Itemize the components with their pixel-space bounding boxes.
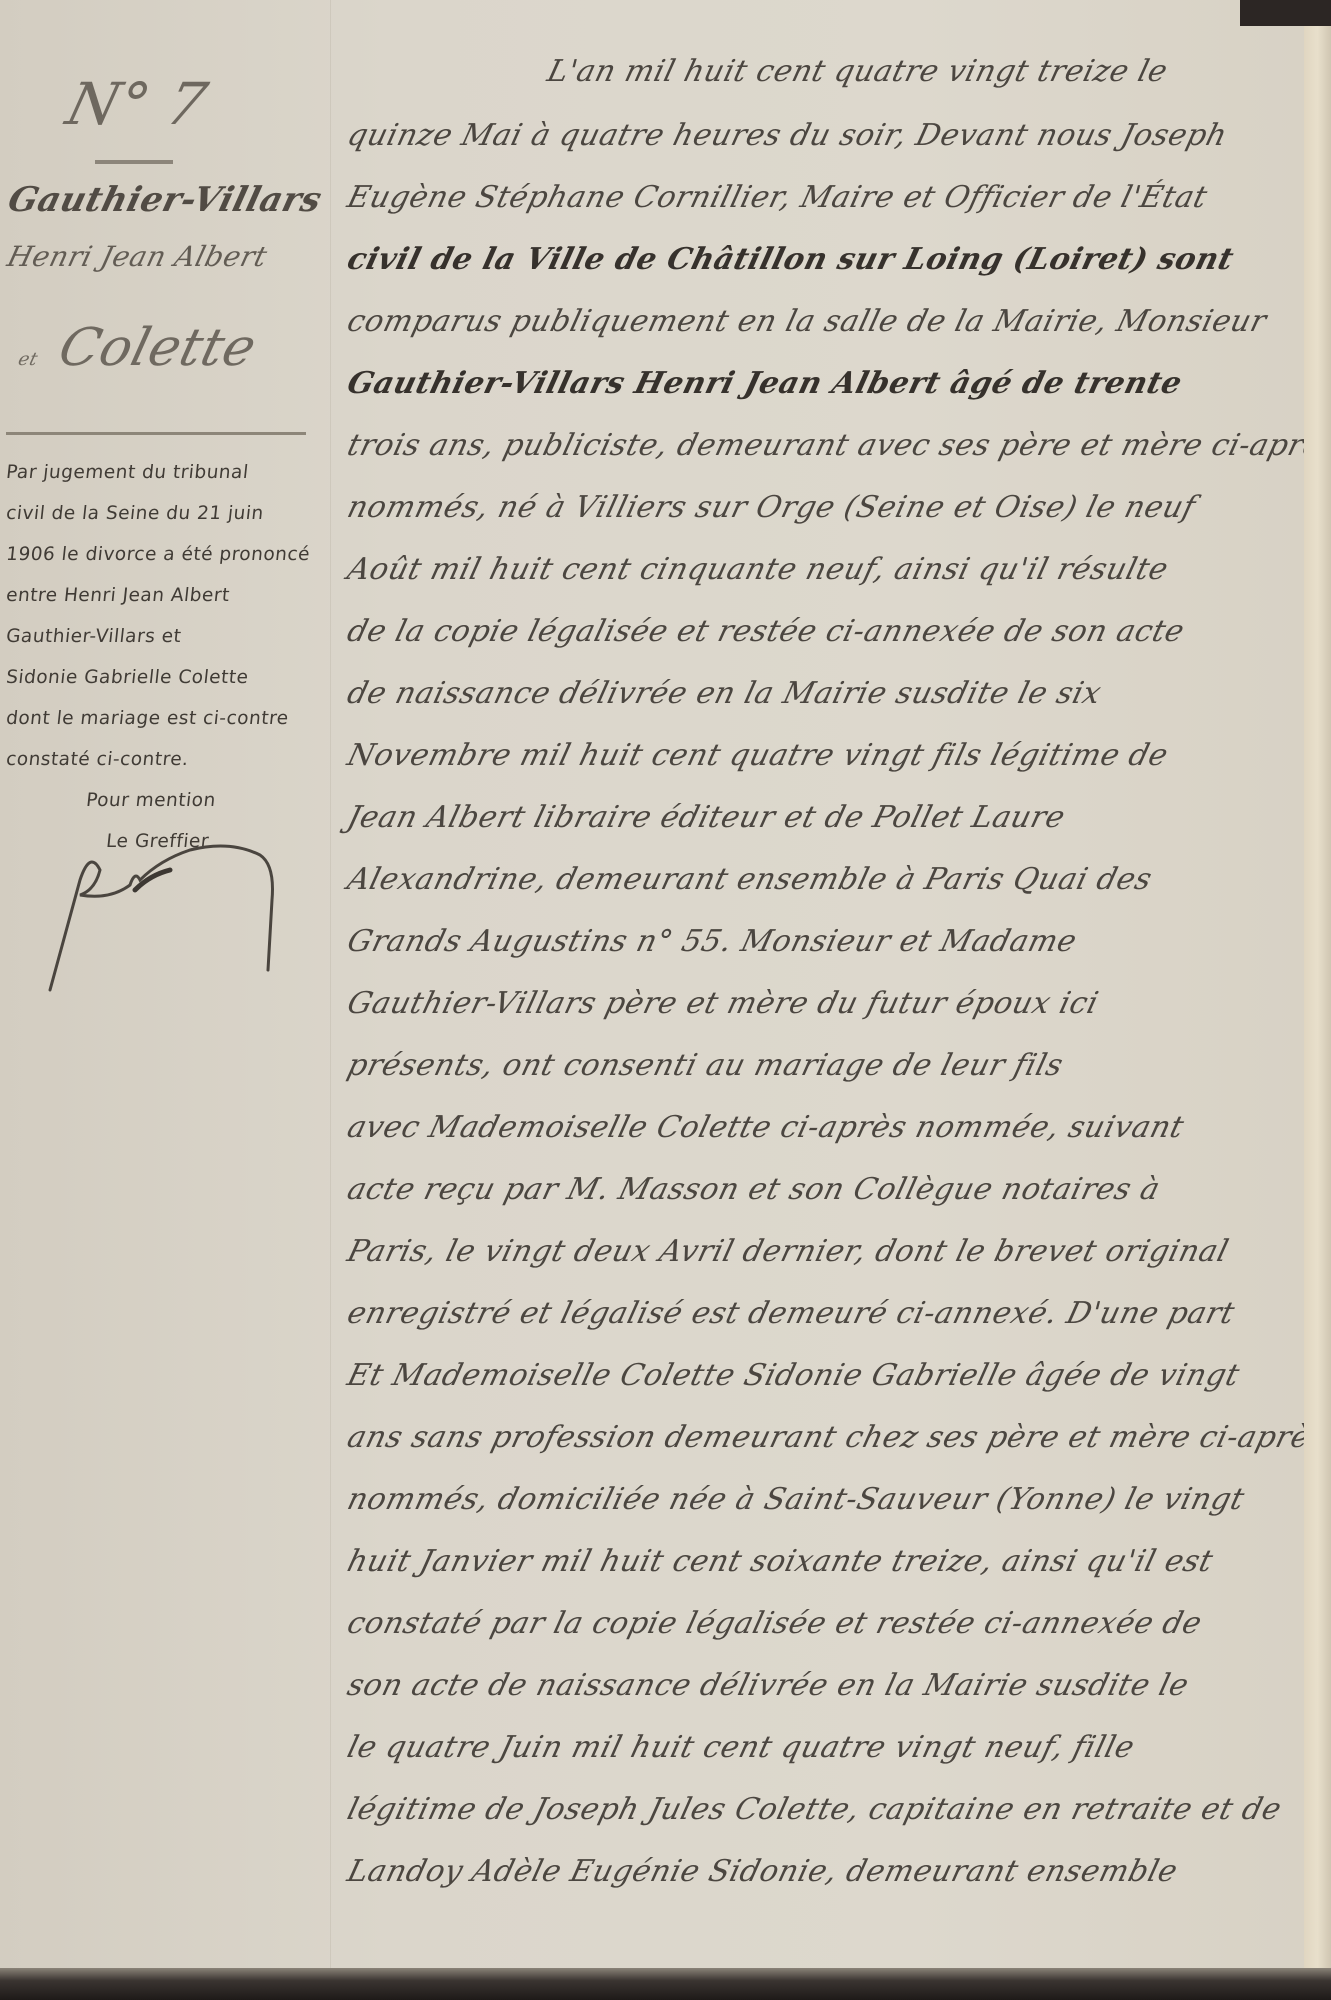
- record-line: légitime de Joseph Jules Colette, capita…: [340, 1778, 1289, 1842]
- record-line: nommés, domiciliée née à Saint-Sauveur (…: [340, 1468, 1252, 1532]
- annotation-line: Gauthier-Villars et: [4, 616, 338, 657]
- margin-rule: [6, 432, 306, 435]
- record-line: Gauthier-Villars Henri Jean Albert âgé d…: [340, 352, 1189, 416]
- record-line: présents, ont consenti au mariage de leu…: [340, 1034, 1070, 1098]
- record-line: comparus publiquement en la salle de la …: [340, 290, 1274, 354]
- act-number-underline: [95, 160, 173, 164]
- record-line: de la copie légalisée et restée ci-annex…: [340, 600, 1192, 664]
- annotation-line: Par jugement du tribunal: [4, 452, 338, 493]
- record-line: de naissance délivrée en la Mairie susdi…: [340, 662, 1108, 726]
- annotation-line: dont le mariage est ci-contre: [4, 698, 338, 739]
- annotation-line: Sidonie Gabrielle Colette: [4, 657, 338, 698]
- record-line: Paris, le vingt deux Avril dernier, dont…: [340, 1220, 1236, 1284]
- margin-bride-name: Colette: [53, 318, 263, 378]
- record-line: Août mil huit cent cinquante neuf, ainsi…: [340, 538, 1175, 602]
- annotation-line: civil de la Seine du 21 juin: [4, 493, 338, 534]
- record-line: trois ans, publiciste, demeurant avec se…: [340, 414, 1331, 478]
- margin-groom-given-names: Henri Jean Albert: [4, 240, 271, 273]
- record-line: son acte de naissance délivrée en la Mai…: [340, 1654, 1196, 1718]
- page-edge: [1304, 20, 1331, 1970]
- annotation-line: constaté ci-contre.: [4, 739, 338, 780]
- act-number: N° 7: [60, 70, 214, 138]
- margin-column: N° 7 Gauthier-Villars Henri Jean Albert …: [0, 0, 330, 1968]
- record-line: Eugène Stéphane Cornillier, Maire et Off…: [340, 166, 1214, 230]
- record-line: acte reçu par M. Masson et son Collègue …: [340, 1158, 1167, 1222]
- record-line: Jean Albert libraire éditeur et de Polle…: [340, 786, 1072, 850]
- greffier-signature-icon: [40, 820, 300, 1000]
- register-page: N° 7 Gauthier-Villars Henri Jean Albert …: [0, 0, 1304, 1968]
- record-line: civil de la Ville de Châtillon sur Loing…: [340, 228, 1241, 292]
- record-line: Grands Augustins n° 55. Monsieur et Mada…: [340, 910, 1084, 974]
- record-line: L'an mil huit cent quatre vingt treize l…: [340, 40, 1175, 104]
- record-line: avec Mademoiselle Colette ci-après nommé…: [340, 1096, 1191, 1160]
- record-line: enregistré et légalisé est demeuré ci-an…: [340, 1282, 1242, 1346]
- record-line: Landoy Adèle Eugénie Sidonie, demeurant …: [340, 1840, 1185, 1904]
- margin-bride-surname: etColette: [14, 318, 262, 378]
- record-line: ans sans profession demeurant chez ses p…: [340, 1406, 1331, 1470]
- annotation-line: 1906 le divorce a été prononcé: [4, 534, 338, 575]
- record-line: constaté par la copie légalisée et resté…: [340, 1592, 1209, 1656]
- record-line: Gauthier-Villars père et mère du futur é…: [340, 972, 1106, 1036]
- record-line: le quatre Juin mil huit cent quatre ving…: [340, 1716, 1142, 1780]
- record-line: Novembre mil huit cent quatre vingt fils…: [340, 724, 1175, 788]
- margin-divider-line: [330, 0, 331, 1968]
- book-cover-corner: [1240, 0, 1331, 26]
- margin-conjunction: et: [16, 349, 40, 370]
- book-bottom-shadow: [0, 1968, 1331, 2000]
- record-line: quinze Mai à quatre heures du soir, Deva…: [340, 104, 1234, 168]
- record-line: nommés, né à Villiers sur Orge (Seine et…: [340, 476, 1203, 540]
- record-line: Alexandrine, demeurant ensemble à Paris …: [340, 848, 1159, 912]
- record-line: huit Janvier mil huit cent soixante trei…: [340, 1530, 1220, 1594]
- annotation-mention: Pour mention: [4, 780, 338, 821]
- divorce-annotation: Par jugement du tribunal civil de la Sei…: [4, 452, 334, 862]
- record-line: Et Mademoiselle Colette Sidonie Gabriell…: [340, 1344, 1247, 1408]
- annotation-line: entre Henri Jean Albert: [4, 575, 338, 616]
- margin-groom-surname: Gauthier-Villars: [4, 180, 326, 220]
